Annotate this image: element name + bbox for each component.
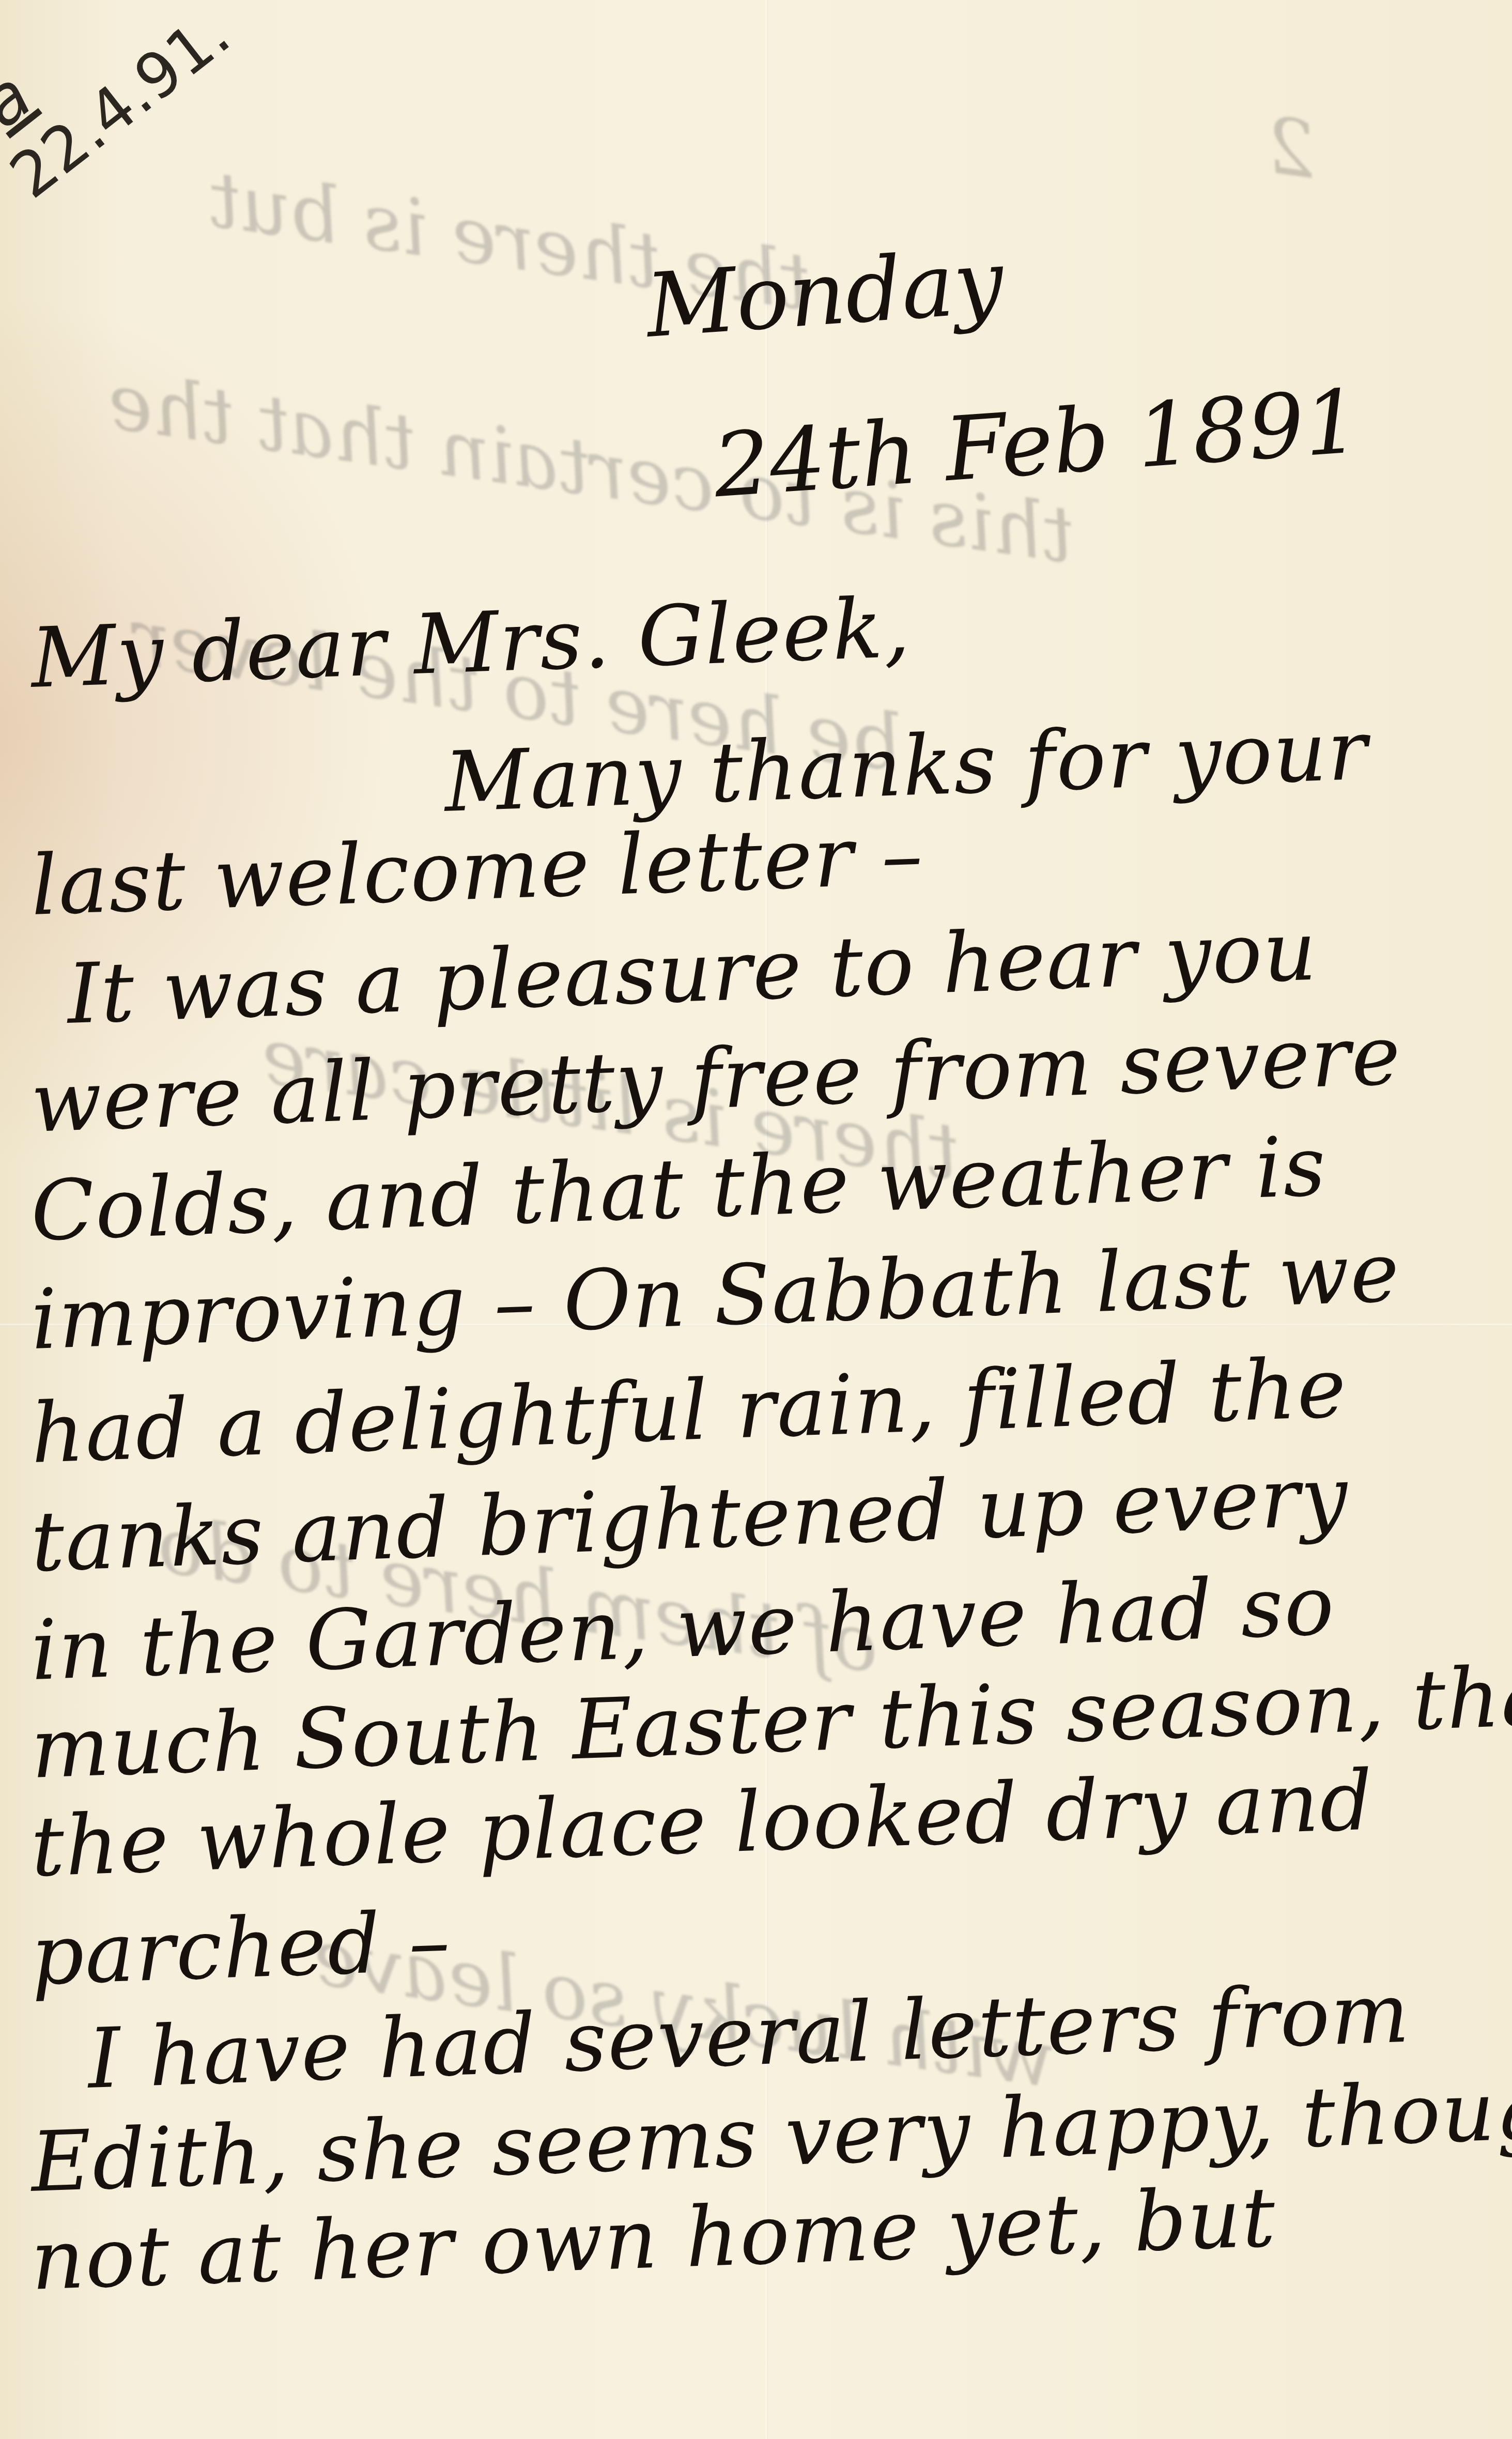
- archive-annotation: a 22.4.91.: [0, 0, 243, 212]
- letter-page: 2 the there is but this is to certain th…: [0, 0, 1512, 2439]
- body-line: last welcome letter –: [29, 806, 925, 934]
- bleed-through-page-number: 2: [1260, 100, 1321, 196]
- body-line: parched –: [29, 1893, 453, 2004]
